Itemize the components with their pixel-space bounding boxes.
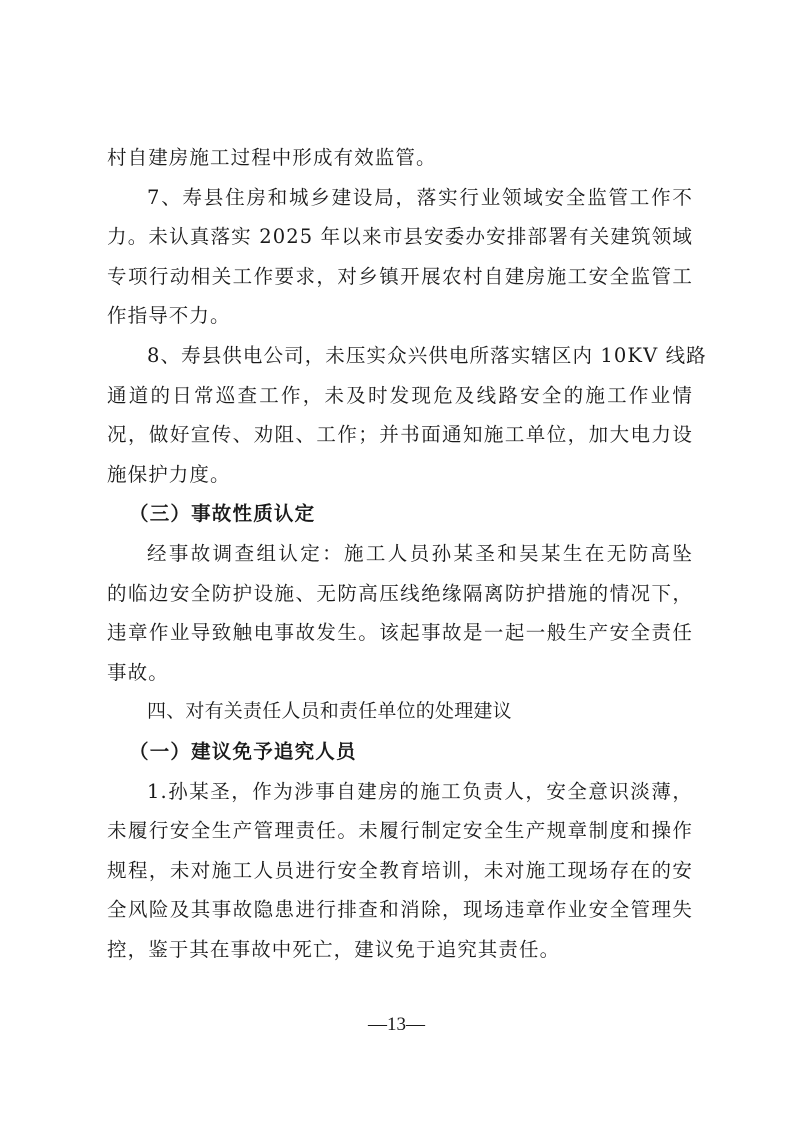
section-heading-accident-nature: （三）事故性质认定 [107, 494, 693, 534]
text-line: 未履行安全生产管理责任。未履行制定安全生产规章制度和操作 [107, 811, 693, 851]
text-line: 经事故调查组认定：施工人员孙某圣和吴某生在无防高坠 [107, 534, 693, 574]
subsection-heading-exempt-persons: （一）建议免予追究人员 [107, 732, 693, 772]
text-line: 村自建房施工过程中形成有效监管。 [107, 138, 693, 178]
paragraph-item-7: 7、寿县住房和城乡建设局，落实行业领域安全监管工作不 力。未认真落实 2025 … [107, 178, 693, 336]
text-line: 专项行动相关工作要求，对乡镇开展农村自建房施工安全监管工 [107, 257, 693, 297]
paragraph-item-8: 8、寿县供电公司，未压实众兴供电所落实辖区内 10KV 线路 通道的日常巡查工作… [107, 336, 693, 494]
text-line: 全风险及其事故隐患进行排查和消除，现场违章作业安全管理失 [107, 890, 693, 930]
text-line: 8、寿县供电公司，未压实众兴供电所落实辖区内 10KV 线路 [107, 336, 693, 376]
text-line: 通道的日常巡查工作，未及时发现危及线路安全的施工作业情 [107, 376, 693, 416]
paragraph-continuation: 村自建房施工过程中形成有效监管。 [107, 138, 693, 178]
chapter-heading-handling-suggestions: 四、对有关责任人员和责任单位的处理建议 [107, 692, 693, 732]
text-line: 7、寿县住房和城乡建设局，落实行业领域安全监管工作不 [107, 178, 693, 218]
text-line: 的临边安全防护设施、无防高压线绝缘隔离防护措施的情况下， [107, 574, 693, 614]
paragraph-person-1: 1.孙某圣，作为涉事自建房的施工负责人，安全意识淡薄， 未履行安全生产管理责任。… [107, 772, 693, 970]
text-line: 控，鉴于其在事故中死亡，建议免于追究其责任。 [107, 930, 693, 970]
text-line: 1.孙某圣，作为涉事自建房的施工负责人，安全意识淡薄， [107, 772, 693, 812]
text-line: 况，做好宣传、劝阻、工作；并书面通知施工单位，加大电力设 [107, 415, 693, 455]
paragraph-accident-nature: 经事故调查组认定：施工人员孙某圣和吴某生在无防高坠 的临边安全防护设施、无防高压… [107, 534, 693, 692]
text-line: 规程，未对施工人员进行安全教育培训，未对施工现场存在的安 [107, 851, 693, 891]
text-line: 施保护力度。 [107, 455, 693, 495]
text-line: 事故。 [107, 653, 693, 693]
text-line: 违章作业导致触电事故发生。该起事故是一起一般生产安全责任 [107, 613, 693, 653]
page-number: —13— [0, 1014, 793, 1036]
text-line: 力。未认真落实 2025 年以来市县安委办安排部署有关建筑领域 [107, 217, 693, 257]
document-page: 村自建房施工过程中形成有效监管。 7、寿县住房和城乡建设局，落实行业领域安全监管… [107, 138, 693, 969]
text-line: 作指导不力。 [107, 296, 693, 336]
